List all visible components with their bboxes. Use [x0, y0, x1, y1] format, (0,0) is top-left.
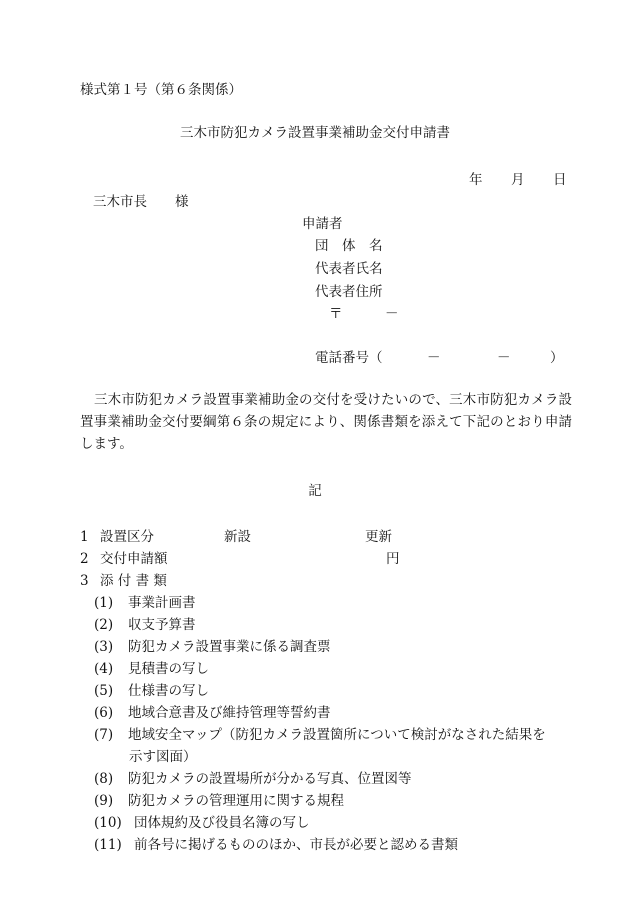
attachment-continuation: 示す図面） — [80, 746, 546, 768]
item-number: 2 — [80, 550, 100, 568]
attachment-text: 防犯カメラ設置事業に係る調査票 — [128, 638, 331, 656]
attachment-item: (1)事業計画書 — [80, 592, 546, 614]
applicant-heading: 申請者 — [302, 215, 343, 233]
attachment-item: (3)防犯カメラ設置事業に係る調査票 — [80, 636, 546, 658]
attachment-number: (2) — [94, 616, 128, 634]
item-label: 交付申請額 — [100, 550, 386, 568]
option-renewal: 更新 — [365, 528, 392, 546]
attachment-item: (7)地域安全マップ（防犯カメラ設置箇所について検討がなされた結果を — [80, 724, 546, 746]
item-request-amount: 2 交付申請額 円 — [80, 548, 546, 570]
attachment-item: (8)防犯カメラの設置場所が分かる写真、位置図等 — [80, 768, 546, 790]
attachment-number: (6) — [94, 704, 128, 722]
attachment-text: 地域合意書及び維持管理等誓約書 — [128, 704, 331, 722]
attachment-text: 防犯カメラの管理運用に関する規程 — [128, 792, 344, 810]
postal-dash: － — [385, 305, 399, 323]
attachment-number: (11) — [94, 836, 134, 854]
phone-dash-2: － — [497, 349, 511, 367]
attachment-number: (7) — [94, 726, 128, 744]
item-installation-type: 1 設置区分 新設 更新 — [80, 526, 546, 548]
phone-label: 電話番号（ — [315, 349, 383, 367]
attachment-item: (9)防犯カメラの管理運用に関する規程 — [80, 790, 546, 812]
attachment-text: 団体規約及び役員名簿の写し — [134, 814, 310, 832]
form-label: 様式第１号（第６条関係） — [80, 81, 242, 99]
date-month: 月 — [511, 171, 525, 189]
item-label: 設置区分 — [100, 528, 224, 546]
item-label: 添 付 書 類 — [100, 572, 167, 590]
group-name-label: 団 体 名 — [315, 237, 383, 255]
attachment-text: 仕様書の写し — [128, 682, 209, 700]
rep-address-label: 代表者住所 — [315, 283, 383, 301]
attachment-number: (3) — [94, 638, 128, 656]
attachment-number: (9) — [94, 792, 128, 810]
rep-name-label: 代表者氏名 — [315, 260, 383, 278]
item-number: 1 — [80, 528, 100, 546]
option-new: 新設 — [224, 528, 365, 546]
addressee-honorific: 様 — [175, 193, 189, 211]
phone-dash-1: － — [427, 349, 441, 367]
request-paragraph: 三木市防犯カメラ設置事業補助金の交付を受けたいので、三木市防犯カメラ設置事業補助… — [80, 389, 572, 455]
attachment-number: (5) — [94, 682, 128, 700]
attachment-item: (10)団体規約及び役員名簿の写し — [80, 812, 546, 834]
attachment-text: 収支予算書 — [128, 616, 196, 634]
attachment-number: (8) — [94, 770, 128, 788]
attachment-item: (2)収支予算書 — [80, 614, 546, 636]
item-attachments: 3 添 付 書 類 — [80, 570, 546, 592]
items-list: 1 設置区分 新設 更新 2 交付申請額 円 3 添 付 書 類 (1)事業計画… — [80, 526, 546, 856]
date-day: 日 — [553, 171, 567, 189]
attachment-item: (5)仕様書の写し — [80, 680, 546, 702]
date-year: 年 — [469, 171, 483, 189]
document-title: 三木市防犯カメラ設置事業補助金交付申請書 — [0, 124, 630, 142]
attachment-number: (10) — [94, 814, 134, 832]
attachment-item: (4)見積書の写し — [80, 658, 546, 680]
yen-unit: 円 — [386, 550, 400, 568]
addressee-name: 三木市長 — [93, 193, 147, 211]
attachment-number: (4) — [94, 660, 128, 678]
attachment-text: 地域安全マップ（防犯カメラ設置箇所について検討がなされた結果を — [128, 726, 546, 744]
phone-close: ） — [550, 349, 564, 367]
item-number: 3 — [80, 572, 100, 590]
postal-mark: 〒 — [329, 305, 343, 323]
attachment-item: (11)前各号に掲げるもののほか、市長が必要と認める書類 — [80, 834, 546, 856]
ki-heading: 記 — [0, 482, 630, 500]
attachment-item: (6)地域合意書及び維持管理等誓約書 — [80, 702, 546, 724]
attachment-text: 防犯カメラの設置場所が分かる写真、位置図等 — [128, 770, 412, 788]
attachment-text: 見積書の写し — [128, 660, 209, 678]
attachment-text: 事業計画書 — [128, 594, 196, 612]
attachment-text: 前各号に掲げるもののほか、市長が必要と認める書類 — [134, 836, 458, 854]
attachment-number: (1) — [94, 594, 128, 612]
